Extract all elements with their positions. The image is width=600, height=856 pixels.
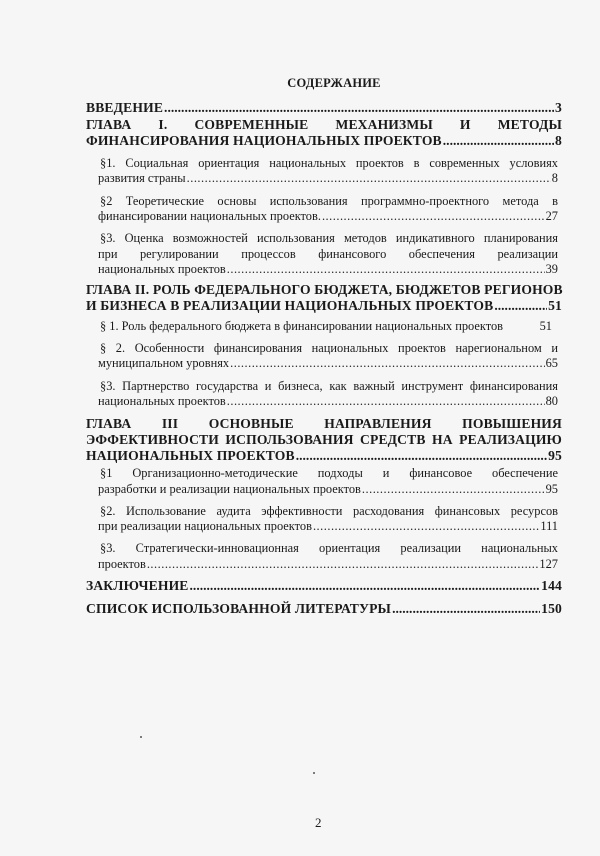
dot-leader: ........................................… xyxy=(230,356,544,371)
toc-entry-line-with-page: финансировании национальных проектов....… xyxy=(98,209,558,224)
dot-leader: ........................................… xyxy=(147,557,539,572)
dot-leader: ........................................… xyxy=(164,100,554,116)
toc-entry-text: муниципальном уровнях xyxy=(98,356,229,371)
toc-page-number: 80 xyxy=(546,394,558,409)
toc-page-number: 8 xyxy=(555,133,562,149)
toc-entry-line-with-page: ЗАКЛЮЧЕНИЕ..............................… xyxy=(86,578,562,594)
toc-entry-line-with-page: § 1. Роль федерального бюджета в финанси… xyxy=(100,319,558,334)
toc-entry-text: национальных проектов xyxy=(98,262,226,277)
toc-page-number: 3 xyxy=(555,100,562,116)
toc-entry-text: §1. Социальная ориентация национальных п… xyxy=(100,156,558,171)
toc-entry-text: ВВЕДЕНИЕ xyxy=(86,100,163,116)
toc-entry-text: ФИНАНСИРОВАНИЯ НАЦИОНАЛЬНЫХ ПРОЕКТОВ xyxy=(86,133,442,149)
toc-entry-line-with-page: ФИНАНСИРОВАНИЯ НАЦИОНАЛЬНЫХ ПРОЕКТОВ....… xyxy=(86,133,562,149)
toc-page-number: 27 xyxy=(546,209,558,224)
toc-entry-text: § 1. Роль федерального бюджета в финанси… xyxy=(100,319,503,334)
toc-entry-line-with-page: разработки и реализации национальных про… xyxy=(98,482,558,497)
dot-leader: ........................................… xyxy=(392,601,540,617)
toc-entry-text: при регулировании процессов финансового … xyxy=(98,247,558,262)
toc-entry-text: ГЛАВА I. СОВРЕМЕННЫЕ МЕХАНИЗМЫ И МЕТОДЫ xyxy=(86,117,562,133)
toc-entry-line-with-page: национальных проектов...................… xyxy=(98,262,558,277)
toc-entry-line-with-page: СПИСОК ИСПОЛЬЗОВАННОЙ ЛИТЕРАТУРЫ........… xyxy=(86,601,562,617)
toc-entry-line-with-page: ВВЕДЕНИЕ................................… xyxy=(86,100,562,116)
toc-page-number: 51 xyxy=(548,298,562,314)
toc-entry-text: ГЛАВА II. РОЛЬ ФЕДЕРАЛЬНОГО БЮДЖЕТА, БЮД… xyxy=(86,282,562,298)
toc-entry-line-with-page: при реализации национальных проектов....… xyxy=(98,519,558,534)
toc-entry-text: ЭФФЕКТИВНОСТИ ИСПОЛЬЗОВАНИЯ СРЕДСТВ НА Р… xyxy=(86,432,562,448)
dot-leader: ........................................… xyxy=(227,262,545,277)
toc-page-number: 95 xyxy=(546,482,558,497)
scan-speck xyxy=(140,736,142,738)
toc-entry-line-with-page: развития страны.........................… xyxy=(98,171,558,186)
toc-entry-text: разработки и реализации национальных про… xyxy=(98,482,361,497)
toc-entry-text: ЗАКЛЮЧЕНИЕ xyxy=(86,578,189,594)
toc-entry-line-with-page: проектов................................… xyxy=(98,557,558,572)
toc-entry-text: §3. Стратегически-инновационная ориентац… xyxy=(100,541,558,556)
toc-entry-text: проектов xyxy=(98,557,146,572)
toc-entry-line-with-page: муниципальном уровнях...................… xyxy=(98,356,558,371)
toc-title: СОДЕРЖАНИЕ xyxy=(0,76,600,91)
page-number: 2 xyxy=(315,815,322,831)
dot-leader: ........................................… xyxy=(190,578,541,594)
dot-leader: ........................................… xyxy=(187,171,551,186)
toc-entry-text: финансировании национальных проектов. xyxy=(98,209,321,224)
toc-page-number: 8 xyxy=(552,171,558,186)
toc-entry-text: национальных проектов xyxy=(98,394,226,409)
toc-entry-line-with-page: национальных проектов...................… xyxy=(98,394,558,409)
dot-leader: ........................................… xyxy=(313,519,539,534)
toc-entry-text: § 2. Особенности финансирования национал… xyxy=(100,341,558,356)
toc-entry-text: развития страны xyxy=(98,171,186,186)
toc-page-number: 127 xyxy=(539,557,558,572)
toc-entry-text: §3. Партнерство государства и бизнеса, к… xyxy=(100,379,558,394)
toc-entry-text: НАЦИОНАЛЬНЫХ ПРОЕКТОВ xyxy=(86,448,295,464)
toc-entry-line-with-page: И БИЗНЕСА В РЕАЛИЗАЦИИ НАЦИОНАЛЬНЫХ ПРОЕ… xyxy=(86,298,562,314)
toc-entry-text: ГЛАВА III ОСНОВНЫЕ НАПРАВЛЕНИЯ ПОВЫШЕНИЯ xyxy=(86,416,562,432)
dot-leader: ........................................… xyxy=(322,209,545,224)
toc-entry-text: §2. Использование аудита эффективности р… xyxy=(100,504,558,519)
toc-entry-text: при реализации национальных проектов xyxy=(98,519,312,534)
toc-entry-text: СПИСОК ИСПОЛЬЗОВАННОЙ ЛИТЕРАТУРЫ xyxy=(86,601,391,617)
dot-leader: ........................................… xyxy=(494,298,547,314)
toc-entry-line-with-page: НАЦИОНАЛЬНЫХ ПРОЕКТОВ...................… xyxy=(86,448,562,464)
dot-leader: ........................................… xyxy=(443,133,554,149)
dot-leader: ........................................… xyxy=(227,394,545,409)
toc-page-number: 51 xyxy=(540,319,552,334)
dot-leader: ........................................… xyxy=(362,482,545,497)
toc-entry-text: §3. Оценка возможностей использования ме… xyxy=(100,231,558,246)
toc-page-number: 39 xyxy=(546,262,558,277)
toc-page-number: 111 xyxy=(540,519,558,534)
toc-page-number: 150 xyxy=(541,601,562,617)
toc-page-number: 65 xyxy=(546,356,558,371)
toc-entry-text: §1 Организационно-методические подходы и… xyxy=(100,466,558,481)
dot-leader: ........................................… xyxy=(296,448,547,464)
toc-page-number: 95 xyxy=(548,448,562,464)
toc-entry-text: И БИЗНЕСА В РЕАЛИЗАЦИИ НАЦИОНАЛЬНЫХ ПРОЕ… xyxy=(86,298,493,314)
toc-entry-text: §2 Теоретические основы использования пр… xyxy=(100,194,558,209)
scan-speck xyxy=(313,772,315,774)
toc-page-number: 144 xyxy=(541,578,562,594)
